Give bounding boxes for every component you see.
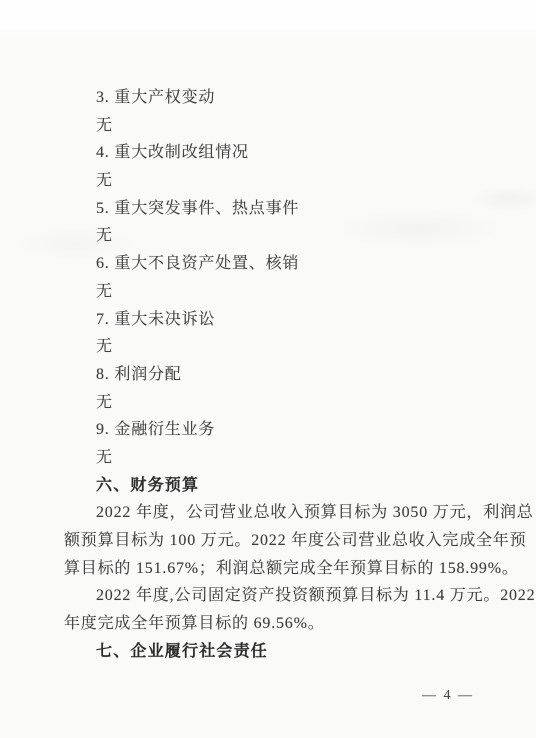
- list-item-3-value: 无: [64, 112, 472, 140]
- list-item-6-value: 无: [64, 278, 472, 306]
- budget-paragraph-1-line-1: 2022 年度，公司营业总收入预算目标为 3050 万元，利润总: [64, 499, 472, 527]
- section-heading-csr: 七、企业履行社会责任: [64, 638, 472, 666]
- list-item-8-label: 8. 利润分配: [64, 361, 472, 389]
- list-item-9-label: 9. 金融衍生业务: [64, 416, 472, 444]
- list-item-6-label: 6. 重大不良资产处置、核销: [64, 250, 472, 278]
- list-item-3-label: 3. 重大产权变动: [64, 84, 472, 112]
- budget-paragraph-2-line-1: 2022 年度,公司固定资产投资额预算目标为 11.4 万元。2022: [64, 582, 472, 610]
- list-item-4-label: 4. 重大改制改组情况: [64, 139, 472, 167]
- list-item-5-value: 无: [64, 222, 472, 250]
- budget-paragraph-2-line-2: 年度完成全年预算目标的 69.56%。: [64, 610, 472, 638]
- list-item-7-label: 7. 重大未决诉讼: [64, 306, 472, 334]
- list-item-9-value: 无: [64, 444, 472, 472]
- list-item-8-value: 无: [64, 389, 472, 417]
- budget-paragraph-1-line-3: 算目标的 151.67%；利润总额完成全年预算目标的 158.99%。: [64, 555, 472, 583]
- list-item-4-value: 无: [64, 167, 472, 195]
- budget-paragraph-1-line-2: 额预算目标为 100 万元。2022 年度公司营业总收入完成全年预: [64, 527, 472, 555]
- list-item-5-label: 5. 重大突发事件、热点事件: [64, 195, 472, 223]
- section-heading-budget: 六、财务预算: [64, 472, 472, 500]
- list-item-7-value: 无: [64, 333, 472, 361]
- page-number: — 4 —: [422, 686, 474, 706]
- document-body: 3. 重大产权变动 无 4. 重大改制改组情况 无 5. 重大突发事件、热点事件…: [64, 84, 472, 665]
- document-page: 3. 重大产权变动 无 4. 重大改制改组情况 无 5. 重大突发事件、热点事件…: [0, 0, 536, 738]
